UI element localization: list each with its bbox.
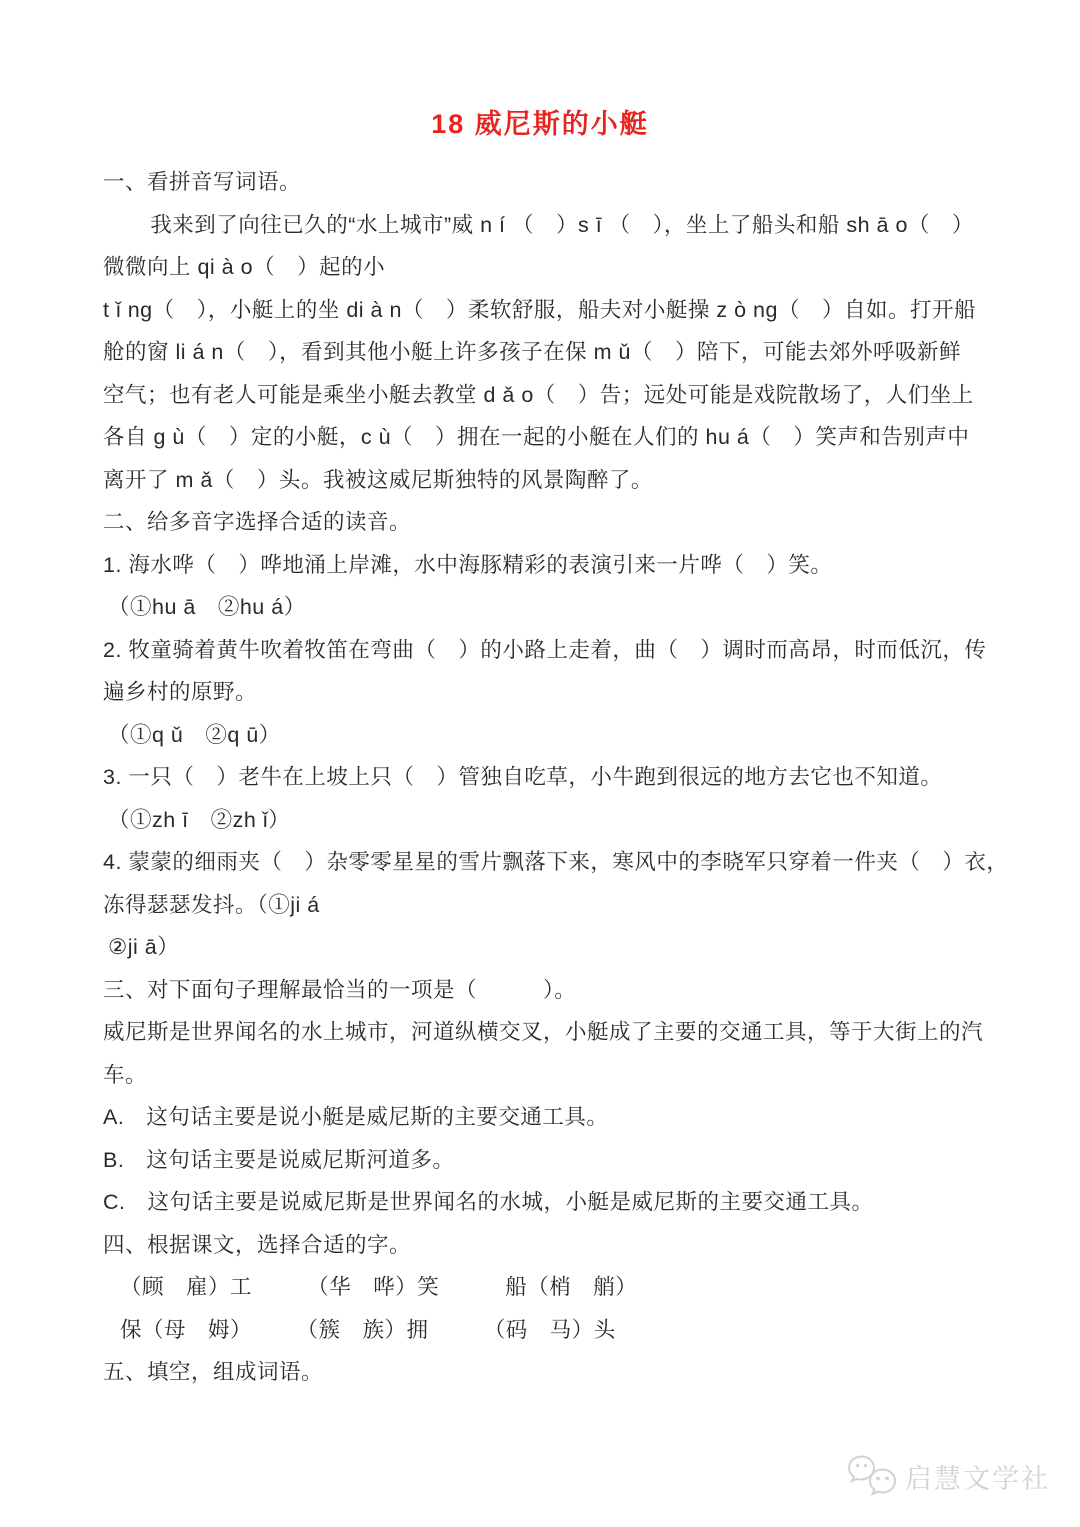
section-heading: 三、对下面句子理解最恰当的一项是（ ）。 bbox=[103, 969, 993, 1012]
worksheet-page: 18 威尼斯的小艇 一、看拼音写词语。 我来到了向往已久的“水上城市”威 n í… bbox=[0, 0, 1080, 1527]
choice-b-line: B. 这句话主要是说威尼斯河道多。 bbox=[103, 1139, 993, 1182]
worksheet-line: 2. 牧童骑着黄牛吹着牧笛在弯曲（ ）的小路上走着，曲（ ）调时而高昂，时而低沉… bbox=[103, 629, 993, 672]
section-sentence-comprehension: 三、对下面句子理解最恰当的一项是（ ）。 威尼斯是世界闻名的水上城市，河道纵横交… bbox=[103, 969, 993, 1224]
section-heading: 二、给多音字选择合适的读音。 bbox=[103, 501, 993, 544]
worksheet-line: 4. 蒙蒙的细雨夹（ ）杂零零星星的雪片飘落下来，寒风中的李晓军只穿着一件夹（ … bbox=[103, 841, 993, 884]
watermark: 启慧文学社 bbox=[847, 1455, 1050, 1497]
section-polyphone-choice: 二、给多音字选择合适的读音。 1. 海水哗（ ）哗地涌上岸滩，水中海豚精彩的表演… bbox=[103, 501, 993, 969]
character-choice-row: （顾 雇）工 （华 哗）笑 船（梢 艄） bbox=[103, 1266, 993, 1309]
choice-a-line: A. 这句话主要是说小艇是威尼斯的主要交通工具。 bbox=[103, 1096, 993, 1139]
worksheet-line: 各自 g ù（ ）定的小艇，c ù（ ）拥在一起的小艇在人们的 hu á（ ）笑… bbox=[103, 416, 993, 459]
section-heading: 五、填空，组成词语。 bbox=[103, 1351, 993, 1394]
worksheet-line: 空气；也有老人可能是乘坐小艇去教堂 d ǎ o（ ）告；远处可能是戏院散场了，人… bbox=[103, 374, 993, 417]
section-fill-blank: 五、填空，组成词语。 bbox=[103, 1351, 993, 1394]
section-heading: 一、看拼音写词语。 bbox=[103, 161, 993, 204]
answer-options-line: （①hu ā ②hu á） bbox=[103, 586, 993, 629]
answer-options-line: （①q ǔ ②q ū） bbox=[103, 714, 993, 757]
worksheet-line: 车。 bbox=[103, 1054, 993, 1097]
worksheet-line: 离开了 m ǎ（ ）头。我被这威尼斯独特的风景陶醉了。 bbox=[103, 459, 993, 502]
worksheet-line: 遍乡村的原野。 bbox=[103, 671, 993, 714]
worksheet-line: 我来到了向往已久的“水上城市”威 n í （ ）s ī （ ），坐上了船头和船 … bbox=[103, 204, 993, 247]
worksheet-line: t ǐ ng（ ），小艇上的坐 di à n（ ）柔软舒服，船夫对小艇操 z ò… bbox=[103, 289, 993, 332]
watermark-text: 启慧文学社 bbox=[905, 1457, 1050, 1496]
answer-options-line: ②ji ā） bbox=[103, 926, 993, 969]
worksheet-line: 威尼斯是世界闻名的水上城市，河道纵横交叉，小艇成了主要的交通工具，等于大街上的汽 bbox=[103, 1011, 993, 1054]
section-pinyin-writing: 一、看拼音写词语。 我来到了向往已久的“水上城市”威 n í （ ）s ī （ … bbox=[103, 161, 993, 501]
section-character-choice: 四、根据课文，选择合适的字。 （顾 雇）工 （华 哗）笑 船（梢 艄） 保（母 … bbox=[103, 1224, 993, 1352]
worksheet-line: 舱的窗 li á n（ ），看到其他小艇上许多孩子在保 m ǔ（ ）陪下，可能去… bbox=[103, 331, 993, 374]
worksheet-line: 冻得瑟瑟发抖。（①ji á bbox=[103, 884, 993, 927]
worksheet-line: 1. 海水哗（ ）哗地涌上岸滩，水中海豚精彩的表演引来一片哗（ ）笑。 bbox=[103, 544, 993, 587]
section-heading: 四、根据课文，选择合适的字。 bbox=[103, 1224, 993, 1267]
worksheet-body: 一、看拼音写词语。 我来到了向往已久的“水上城市”威 n í （ ）s ī （ … bbox=[103, 161, 993, 1394]
wechat-icon bbox=[847, 1455, 897, 1497]
worksheet-line: 微微向上 qi à o（ ）起的小 bbox=[103, 246, 993, 289]
worksheet-line: 3. 一只（ ）老牛在上坡上只（ ）管独自吃草，小牛跑到很远的地方去它也不知道。 bbox=[103, 756, 993, 799]
answer-options-line: （①zh ī ②zh ǐ） bbox=[103, 799, 993, 842]
character-choice-row: 保（母 姆） （簇 族）拥 （码 马）头 bbox=[103, 1309, 993, 1352]
lesson-title: 18 威尼斯的小艇 bbox=[0, 102, 1080, 141]
choice-c-line: C. 这句话主要是说威尼斯是世界闻名的水城，小艇是威尼斯的主要交通工具。 bbox=[103, 1181, 993, 1224]
